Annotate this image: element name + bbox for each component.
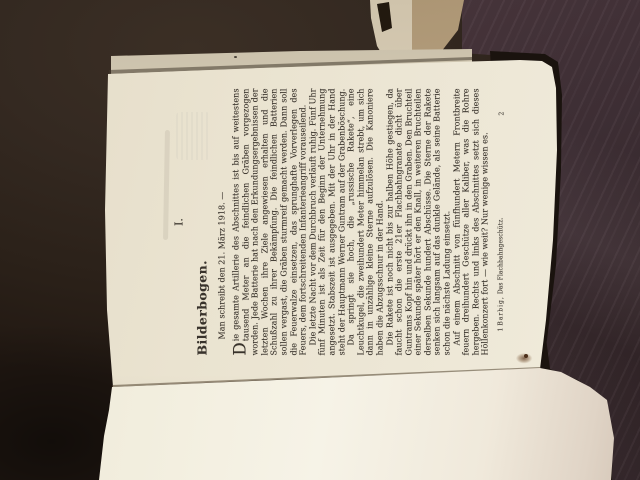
- photo-vignette: [0, 0, 640, 480]
- book-photo: I. Bilderbogen. Man schreibt den 21. Mär…: [0, 0, 640, 480]
